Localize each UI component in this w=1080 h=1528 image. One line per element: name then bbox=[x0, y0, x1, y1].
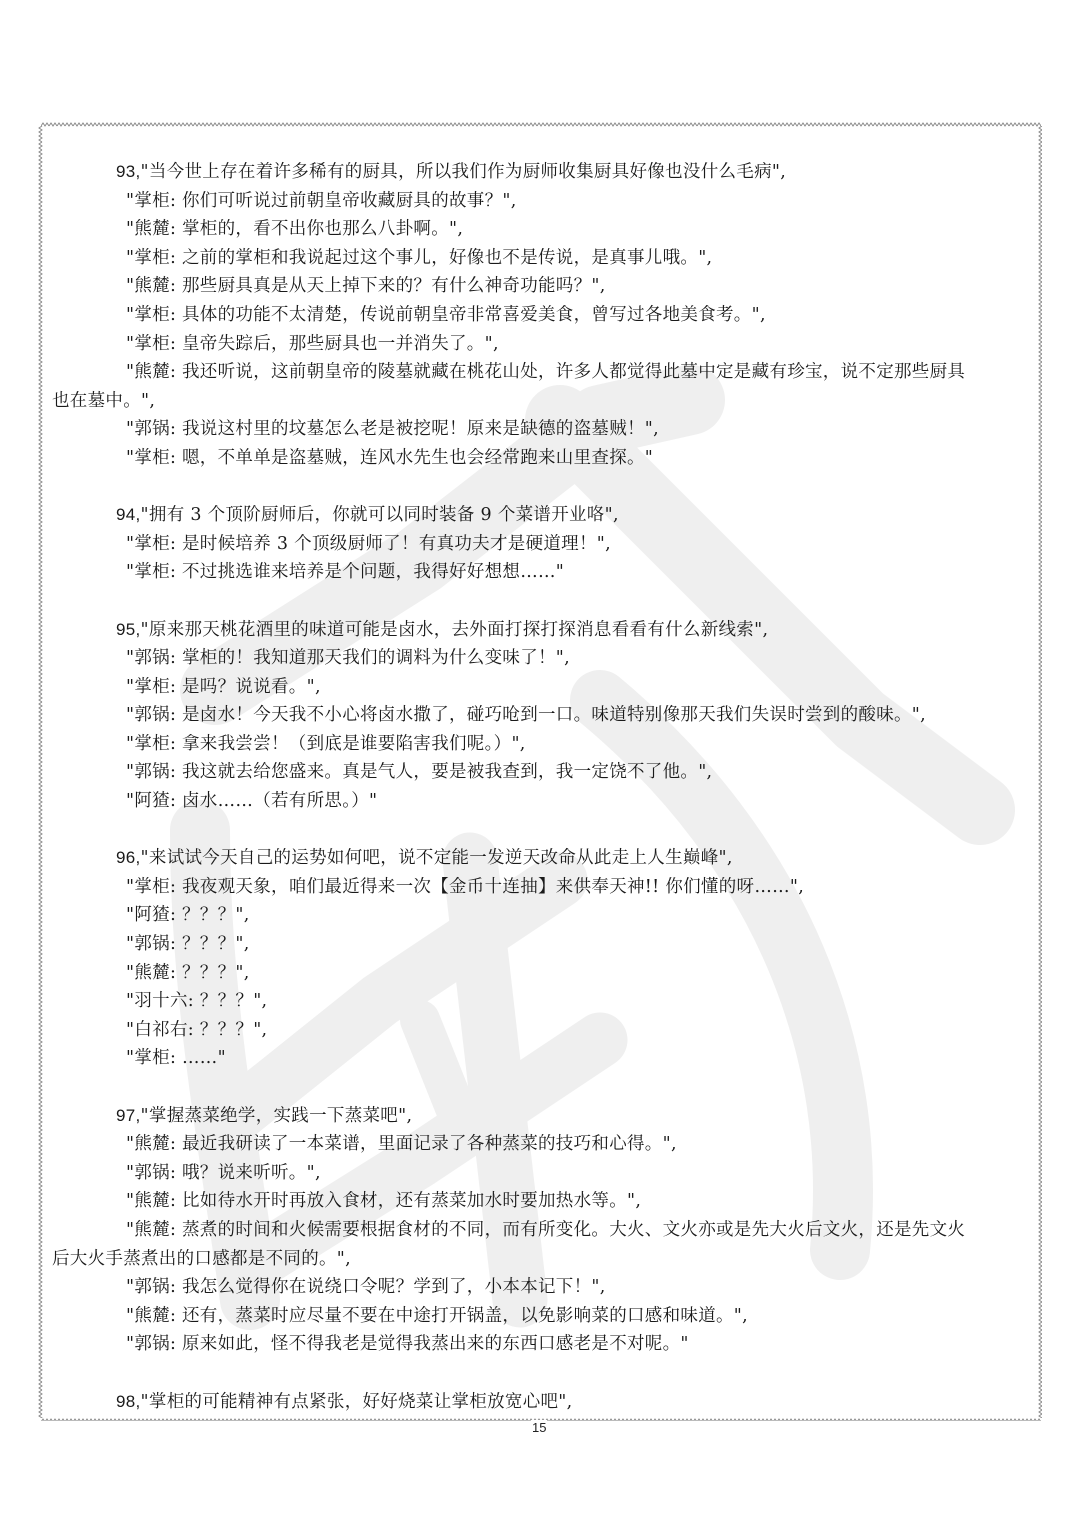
dialogue-line: "掌柜: 皇帝失踪后，那些厨具也一并消失了。", bbox=[52, 330, 1032, 359]
dialogue-line: "掌柜: 是时候培养 3 个顶级厨师了！有真功夫才是硬道理！", bbox=[52, 530, 1032, 559]
section-number: 93, bbox=[116, 162, 141, 181]
section-heading: 95,"原来那天桃花酒里的味道可能是卤水，去外面打探打探消息看看有什么新线索", bbox=[52, 616, 1032, 645]
section-heading: 96,"来试试今天自己的运势如何吧，说不定能一发逆天改命从此走上人生巅峰", bbox=[52, 844, 1032, 873]
section-98: 98,"掌柜的可能精神有点紧张，好好烧菜让掌柜放宽心吧", bbox=[52, 1388, 1032, 1417]
dialogue-line: "熊麓: 掌柜的，看不出你也那么八卦啊。", bbox=[52, 215, 1032, 244]
section-title: "掌柜的可能精神有点紧张，好好烧菜让掌柜放宽心吧", bbox=[141, 1392, 573, 1412]
section-spacer bbox=[52, 1073, 1032, 1102]
dialogue-line: "熊麓: 蒸煮的时间和火候需要根据食材的不同，而有所变化。大火、文火亦或是先大火… bbox=[52, 1216, 1032, 1245]
section-heading: 94,"拥有 3 个顶阶厨师后，你就可以同时装备 9 个菜谱开业咯", bbox=[52, 501, 1032, 530]
section-heading: 98,"掌柜的可能精神有点紧张，好好烧菜让掌柜放宽心吧", bbox=[52, 1388, 1032, 1417]
dialogue-line-continuation: 后大火手蒸煮出的口感都是不同的。", bbox=[52, 1245, 1032, 1274]
dialogue-line: "郭锅: 哦？说来听听。", bbox=[52, 1159, 1032, 1188]
page-number: 15 bbox=[531, 1420, 547, 1435]
dialogue-line: "掌柜: 嗯，不单单是盗墓贼，连风水先生也会经常跑来山里查探。" bbox=[52, 444, 1032, 473]
section-title: "掌握蒸菜绝学，实践一下蒸菜吧", bbox=[141, 1106, 413, 1126]
dialogue-line: "郭锅: 我这就去给您盛来。真是气人，要是被我查到，我一定饶不了他。", bbox=[52, 758, 1032, 787]
dialogue-line-continuation: 也在墓中。", bbox=[52, 387, 1032, 416]
dialogue-line: "郭锅: 是卤水！今天我不小心将卤水撒了，碰巧呛到一口。味道特别像那天我们失误时… bbox=[52, 701, 1032, 730]
document-page: 93,"当今世上存在着许多稀有的厨具，所以我们作为厨师收集厨具好像也没什么毛病"… bbox=[0, 0, 1080, 1528]
section-number: 94, bbox=[116, 505, 141, 524]
section-spacer bbox=[52, 473, 1032, 502]
section-spacer bbox=[52, 587, 1032, 616]
section-number: 98, bbox=[116, 1392, 141, 1411]
dialogue-line: "掌柜: 不过挑选谁来培养是个问题，我得好好想想……" bbox=[52, 558, 1032, 587]
dialogue-line: "羽十六: ？？？", bbox=[52, 987, 1032, 1016]
dialogue-line: "掌柜: 是吗？说说看。", bbox=[52, 673, 1032, 702]
dialogue-line: "郭锅: 原来如此，怪不得我老是觉得我蒸出来的东西口感老是不对呢。" bbox=[52, 1330, 1032, 1359]
section-95: 95,"原来那天桃花酒里的味道可能是卤水，去外面打探打探消息看看有什么新线索",… bbox=[52, 616, 1032, 816]
dialogue-line: "郭锅: 我怎么觉得你在说绕口令呢？学到了，小本本记下！", bbox=[52, 1273, 1032, 1302]
section-title: "原来那天桃花酒里的味道可能是卤水，去外面打探打探消息看看有什么新线索", bbox=[141, 620, 769, 640]
section-title: "当今世上存在着许多稀有的厨具，所以我们作为厨师收集厨具好像也没什么毛病", bbox=[141, 162, 787, 182]
section-number: 95, bbox=[116, 620, 141, 639]
section-title: "拥有 3 个顶阶厨师后，你就可以同时装备 9 个菜谱开业咯", bbox=[141, 505, 619, 525]
dialogue-line: "郭锅: 掌柜的！我知道那天我们的调料为什么变味了！", bbox=[52, 644, 1032, 673]
dialogue-line: "白祁右: ？？？", bbox=[52, 1016, 1032, 1045]
dialogue-line: "掌柜: 拿来我尝尝！（到底是谁要陷害我们呢。）", bbox=[52, 730, 1032, 759]
section-spacer bbox=[52, 816, 1032, 845]
section-94: 94,"拥有 3 个顶阶厨师后，你就可以同时装备 9 个菜谱开业咯", "掌柜:… bbox=[52, 501, 1032, 587]
dialogue-line: "掌柜: 之前的掌柜和我说起过这个事儿，好像也不是传说，是真事儿哦。", bbox=[52, 244, 1032, 273]
section-heading: 97,"掌握蒸菜绝学，实践一下蒸菜吧", bbox=[52, 1102, 1032, 1131]
dialogue-line: "阿猹: 卤水……（若有所思。）" bbox=[52, 787, 1032, 816]
section-number: 97, bbox=[116, 1106, 141, 1125]
section-heading: 93,"当今世上存在着许多稀有的厨具，所以我们作为厨师收集厨具好像也没什么毛病"… bbox=[52, 158, 1032, 187]
dialogue-line: "掌柜: 你们可听说过前朝皇帝收藏厨具的故事？", bbox=[52, 187, 1032, 216]
dialogue-line: "掌柜: 我夜观天象，咱们最近得来一次【金币十连抽】来供奉天神!! 你们懂的呀…… bbox=[52, 873, 1032, 902]
section-number: 96, bbox=[116, 848, 141, 867]
section-title: "来试试今天自己的运势如何吧，说不定能一发逆天改命从此走上人生巅峰", bbox=[141, 848, 733, 868]
dialogue-line: "熊麓: ？？？", bbox=[52, 959, 1032, 988]
dialogue-line: "熊麓: 那些厨具真是从天上掉下来的？有什么神奇功能吗？", bbox=[52, 272, 1032, 301]
dialogue-line: "熊麓: 还有，蒸菜时应尽量不要在中途打开锅盖，以免影响菜的口感和味道。", bbox=[52, 1302, 1032, 1331]
section-96: 96,"来试试今天自己的运势如何吧，说不定能一发逆天改命从此走上人生巅峰", "… bbox=[52, 844, 1032, 1073]
dialogue-line: "阿猹: ？？？", bbox=[52, 901, 1032, 930]
section-spacer bbox=[52, 1359, 1032, 1388]
dialogue-line: "熊麓: 我还听说，这前朝皇帝的陵墓就藏在桃花山处，许多人都觉得此墓中定是藏有珍… bbox=[52, 358, 1032, 387]
section-97: 97,"掌握蒸菜绝学，实践一下蒸菜吧", "熊麓: 最近我研读了一本菜谱，里面记… bbox=[52, 1102, 1032, 1359]
dialogue-line: "郭锅: ？？？", bbox=[52, 930, 1032, 959]
section-93: 93,"当今世上存在着许多稀有的厨具，所以我们作为厨师收集厨具好像也没什么毛病"… bbox=[52, 158, 1032, 473]
dialogue-line: "熊麓: 最近我研读了一本菜谱，里面记录了各种蒸菜的技巧和心得。", bbox=[52, 1130, 1032, 1159]
dialogue-line: "掌柜: 具体的功能不太清楚，传说前朝皇帝非常喜爱美食，曾写过各地美食考。", bbox=[52, 301, 1032, 330]
dialogue-line: "郭锅: 我说这村里的坟墓怎么老是被挖呢！原来是缺德的盗墓贼！", bbox=[52, 415, 1032, 444]
dialogue-line: "熊麓: 比如待水开时再放入食材，还有蒸菜加水时要加热水等。", bbox=[52, 1187, 1032, 1216]
dialogue-line: "掌柜: ……" bbox=[52, 1044, 1032, 1073]
document-body: 93,"当今世上存在着许多稀有的厨具，所以我们作为厨师收集厨具好像也没什么毛病"… bbox=[52, 158, 1032, 1416]
